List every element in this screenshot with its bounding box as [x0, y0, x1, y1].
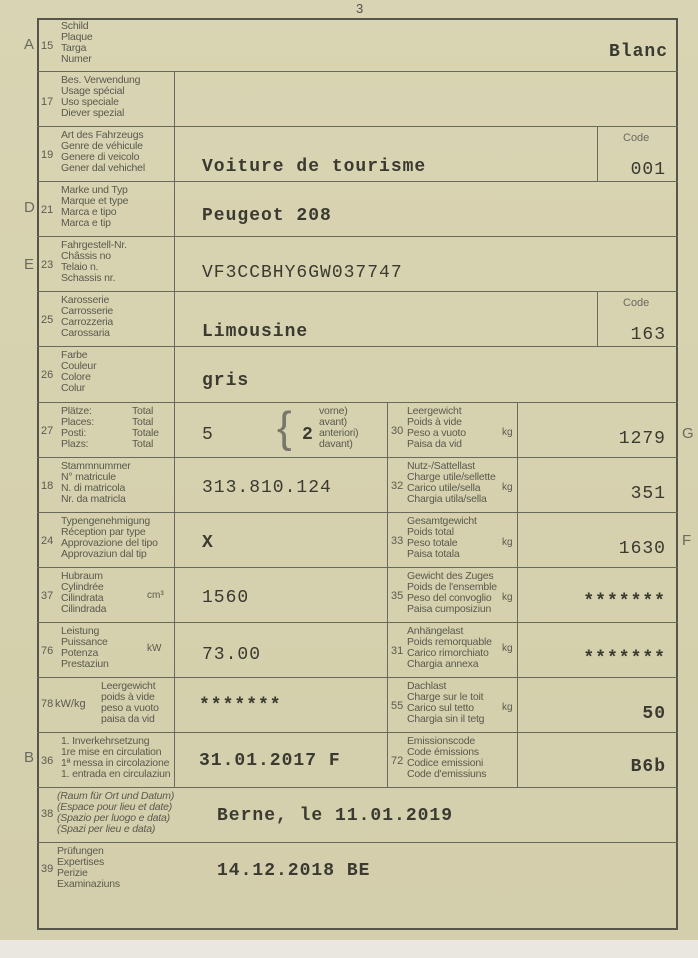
field-number: 78 [41, 698, 53, 710]
field-label: Nutz-/SattellastCharge utile/selletteCar… [407, 461, 496, 505]
field-label: FarbeCouleurColoreColur [61, 350, 96, 394]
field-first-registration-emission: 36 1. Inverkehrsetzung1re mise en circul… [37, 732, 678, 787]
field-label: EmissionscodeCode émissionsCodice emissi… [407, 736, 486, 780]
code-label: Code [623, 132, 649, 144]
margin-letter-a: A [24, 36, 34, 53]
field-make-model: 21 Marke und TypMarque et typeMarca e ti… [37, 181, 678, 236]
unit-label: kW [147, 643, 161, 654]
roof-load-value: 50 [642, 704, 666, 724]
seats-label: Plätze:Places:Posti:Plazs: [61, 406, 94, 450]
unit-label: kW/kg [55, 698, 86, 710]
field-number: 24 [41, 535, 53, 547]
field-label: GesamtgewichtPoids totalPeso totalePaisa… [407, 516, 477, 560]
field-power-towing: 76 LeistungPuissancePotenzaPrestaziun kW… [37, 622, 678, 677]
field-chassis: 23 Fahrgestell-Nr.Châssis noTelaio n.Sch… [37, 236, 678, 291]
vehicle-type-value: Voiture de tourisme [202, 157, 426, 177]
margin-letter-d: D [24, 199, 35, 216]
place-date-value: Berne, le 11.01.2019 [217, 806, 453, 826]
field-label: (Raum für Ort und Datum)(Espace pour lie… [57, 791, 174, 835]
field-seats-empty-weight: 27 Plätze:Places:Posti:Plazs: TotalTotal… [37, 402, 678, 457]
margin-letter-b: B [24, 749, 34, 766]
field-number: 36 [41, 755, 53, 767]
field-label: Fahrgestell-Nr.Châssis noTelaio n.Schass… [61, 240, 127, 284]
field-number: 27 [41, 425, 53, 437]
field-number: 55 [391, 700, 403, 712]
chassis-value: VF3CCBHY6GW037747 [202, 263, 403, 283]
unit-label: kg [502, 482, 513, 493]
field-label: DachlastCharge sur le toitCarico sul tet… [407, 681, 484, 725]
payload-value: 351 [631, 484, 666, 504]
field-place-date: 38 (Raum für Ort und Datum)(Espace pour … [37, 787, 678, 842]
matricule-value: 313.810.124 [202, 478, 332, 498]
field-number: 39 [41, 863, 53, 875]
field-number: 72 [391, 755, 403, 767]
page-number: 3 [356, 1, 363, 16]
field-number: 17 [41, 96, 53, 108]
plate-value: Blanc [609, 42, 668, 62]
field-power-weight-roof-load: 78 kW/kg Leergewichtpoids à videpeso a v… [37, 677, 678, 732]
field-label: TypengenehmigungRéception par typeApprov… [61, 516, 158, 560]
empty-weight-value: 1279 [619, 429, 666, 449]
field-number: 26 [41, 369, 53, 381]
field-number: 18 [41, 480, 53, 492]
margin-letter-e: E [24, 256, 34, 273]
unit-label: kg [502, 643, 513, 654]
field-number: 25 [41, 314, 53, 326]
field-label: KarosserieCarrosserieCarrozzeriaCarossar… [61, 295, 113, 339]
make-model-value: Peugeot 208 [202, 206, 332, 226]
field-number: 76 [41, 645, 53, 657]
field-label: Leergewichtpoids à videpeso a vuotopaisa… [101, 681, 159, 725]
power-value: 73.00 [202, 645, 261, 665]
field-label: HubraumCylindréeCilindrataCilindrada [61, 571, 106, 615]
field-label: LeistungPuissancePotenzaPrestaziun [61, 626, 109, 670]
seats-front-label: vorne)avant)anteriori)davant) [319, 406, 358, 450]
field-label: StammnummerN° matriculeN. di matricolaNr… [61, 461, 131, 505]
code-label: Code [623, 297, 649, 309]
seats-front-value: 2 [302, 425, 314, 445]
scan-bottom-edge [0, 940, 698, 958]
margin-letter-g: G [682, 425, 694, 442]
field-vehicle-type: 19 Art des FahrzeugsGenre de véhiculeGen… [37, 126, 678, 181]
field-label: LeergewichtPoids à videPeso a vuotoPaisa… [407, 406, 466, 450]
seats-total-label: TotalTotalTotaleTotal [132, 406, 159, 450]
field-body: 25 KarosserieCarrosserieCarrozzeriaCaros… [37, 291, 678, 346]
field-special-use: 17 Bes. VerwendungUsage spécialUso speci… [37, 71, 678, 126]
field-label: SchildPlaqueTargaNumer [61, 21, 93, 65]
field-plate: 15 SchildPlaqueTargaNumer Blanc [37, 18, 678, 71]
field-number: 30 [391, 425, 403, 437]
total-weight-value: 1630 [619, 539, 666, 559]
towing-load-value: ******* [583, 649, 666, 669]
field-inspections: 39 PrüfungenExpertisesPerizieExaminaziun… [37, 842, 678, 928]
field-label: Gewicht des ZugesPoids de l'ensemblePeso… [407, 571, 497, 615]
displacement-value: 1560 [202, 588, 249, 608]
field-label: 1. Inverkehrsetzung1re mise en circulati… [61, 736, 170, 780]
type-approval-value: X [202, 533, 214, 553]
power-weight-value: ******* [199, 696, 282, 716]
seats-total-value: 5 [202, 425, 214, 445]
inspections-value: 14.12.2018 BE [217, 861, 370, 881]
vehicle-type-code: 001 [631, 160, 666, 180]
body-code: 163 [631, 325, 666, 345]
field-label: Marke und TypMarque et typeMarca e tipoM… [61, 185, 128, 229]
margin-letter-f: F [682, 532, 691, 549]
field-label: Bes. VerwendungUsage spécialUso speciale… [61, 75, 140, 119]
unit-label: kg [502, 537, 513, 548]
unit-label: kg [502, 427, 513, 438]
field-number: 32 [391, 480, 403, 492]
field-label: PrüfungenExpertisesPerizieExaminaziuns [57, 846, 120, 890]
color-value: gris [202, 371, 249, 391]
field-number: 37 [41, 590, 53, 602]
registration-document-page: 3 A D E B G F 15 SchildPlaqueTargaNumer … [0, 0, 698, 958]
field-type-approval-total-weight: 24 TypengenehmigungRéception par typeApp… [37, 512, 678, 567]
train-weight-value: ******* [583, 592, 666, 612]
unit-label: kg [502, 702, 513, 713]
body-value: Limousine [202, 322, 308, 342]
field-number: 38 [41, 808, 53, 820]
field-label: Art des FahrzeugsGenre de véhiculeGenere… [61, 130, 145, 174]
first-registration-value: 31.01.2017 F [199, 751, 341, 771]
field-number: 19 [41, 149, 53, 161]
field-number: 23 [41, 259, 53, 271]
unit-label: kg [502, 592, 513, 603]
field-number: 15 [41, 40, 53, 52]
field-matricule-payload: 18 StammnummerN° matriculeN. di matricol… [37, 457, 678, 512]
brace-icon: { [277, 406, 292, 450]
field-displacement-train-weight: 37 HubraumCylindréeCilindrataCilindrada … [37, 567, 678, 622]
field-number: 33 [391, 535, 403, 547]
field-number: 35 [391, 590, 403, 602]
field-label: AnhängelastPoids remorquableCarico rimor… [407, 626, 492, 670]
field-number: 21 [41, 204, 53, 216]
field-color: 26 FarbeCouleurColoreColur gris [37, 346, 678, 402]
unit-label: cm³ [147, 590, 164, 601]
field-number: 31 [391, 645, 403, 657]
emission-code-value: B6b [631, 757, 666, 777]
